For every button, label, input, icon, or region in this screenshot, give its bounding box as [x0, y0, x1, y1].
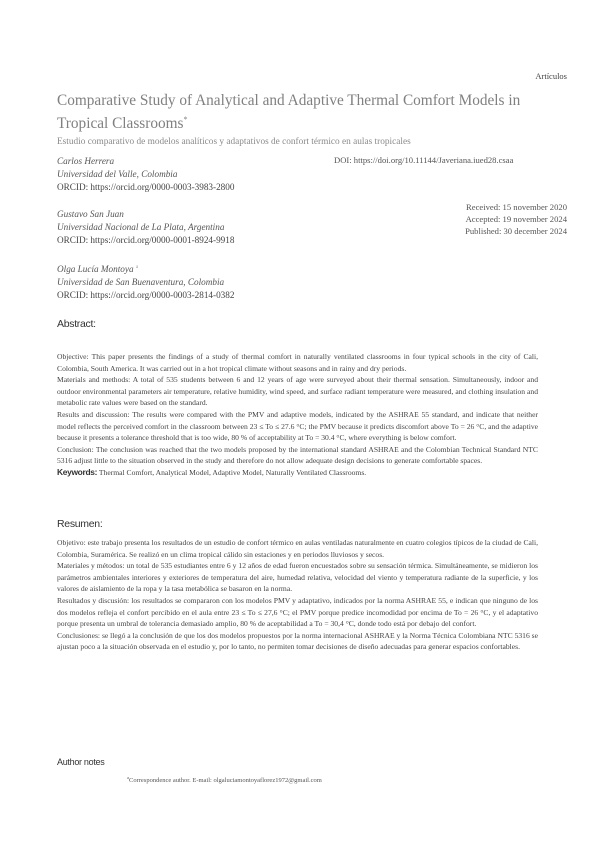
author-block: Olga Lucía Montoya a Universidad de San … [57, 261, 234, 302]
resumen-body: Objetivo: este trabajo presenta los resu… [57, 537, 538, 653]
resumen-metodos: Materiales y métodos: un total de 535 es… [57, 560, 538, 595]
author-name: Carlos Herrera [57, 155, 234, 168]
received-date: Received: 15 november 2020 [465, 201, 567, 213]
resumen-objetivo: Objetivo: este trabajo presenta los resu… [57, 537, 538, 560]
author-orcid-link[interactable]: ORCID: https://orcid.org/0000-0003-3983-… [57, 181, 234, 194]
resumen-resultados: Resultados y discusión: los resultados s… [57, 595, 538, 630]
author-orcid-link[interactable]: ORCID: https://orcid.org/0000-0001-8924-… [57, 234, 234, 247]
abstract-objective: Objective: This paper presents the findi… [57, 351, 538, 374]
section-label: Artículos [535, 71, 567, 81]
article-subtitle: Estudio comparativo de modelos analítico… [57, 137, 411, 147]
author-block: Carlos Herrera Universidad del Valle, Co… [57, 155, 234, 194]
publication-dates: Received: 15 november 2020 Accepted: 19 … [465, 201, 567, 237]
author-orcid-link[interactable]: ORCID: https://orcid.org/0000-0003-2814-… [57, 289, 234, 302]
author-affiliation: Universidad del Valle, Colombia [57, 168, 234, 181]
correspondence-footnote: aCorrespondence author. E-mail: olgaluci… [127, 775, 322, 784]
author-affiliation: Universidad de San Buenaventura, Colombi… [57, 276, 234, 289]
article-title: Comparative Study of Analytical and Adap… [57, 91, 557, 133]
correspondence-text: Correspondence author. E-mail: olgalucia… [129, 777, 322, 784]
keywords-row: Keywords: Thermal Comfort, Analytical Mo… [57, 467, 538, 479]
abstract-methods: Materials and methods: A total of 535 st… [57, 374, 538, 409]
author-name-row: Olga Lucía Montoya a [57, 261, 234, 276]
author-block: Gustavo San Juan Universidad Nacional de… [57, 208, 234, 247]
abstract-body: Objective: This paper presents the findi… [57, 351, 538, 479]
author-footnote-marker[interactable]: a [136, 265, 138, 270]
author-notes-heading: Author notes [57, 757, 104, 767]
author-name: Gustavo San Juan [57, 208, 234, 221]
article-title-text: Comparative Study of Analytical and Adap… [57, 92, 520, 132]
keywords-label: Keywords: [57, 467, 97, 477]
abstract-heading: Abstract: [57, 318, 96, 330]
title-footnote-marker[interactable]: * [184, 115, 188, 124]
doi-link[interactable]: DOI: https://doi.org/10.11144/Javeriana.… [334, 155, 513, 165]
author-affiliation: Universidad Nacional de La Plata, Argent… [57, 221, 234, 234]
keywords-text: Thermal Comfort, Analytical Model, Adapt… [99, 468, 366, 477]
resumen-heading: Resumen: [57, 518, 102, 530]
abstract-conclusion: Conclusion: The conclusion was reached t… [57, 444, 538, 467]
abstract-results: Results and discussion: The results were… [57, 409, 538, 444]
author-name: Olga Lucía Montoya [57, 264, 134, 274]
resumen-conclusiones: Conclusiones: se llegó a la conclusión d… [57, 630, 538, 653]
published-date: Published: 30 december 2024 [465, 225, 567, 237]
accepted-date: Accepted: 19 november 2024 [465, 213, 567, 225]
